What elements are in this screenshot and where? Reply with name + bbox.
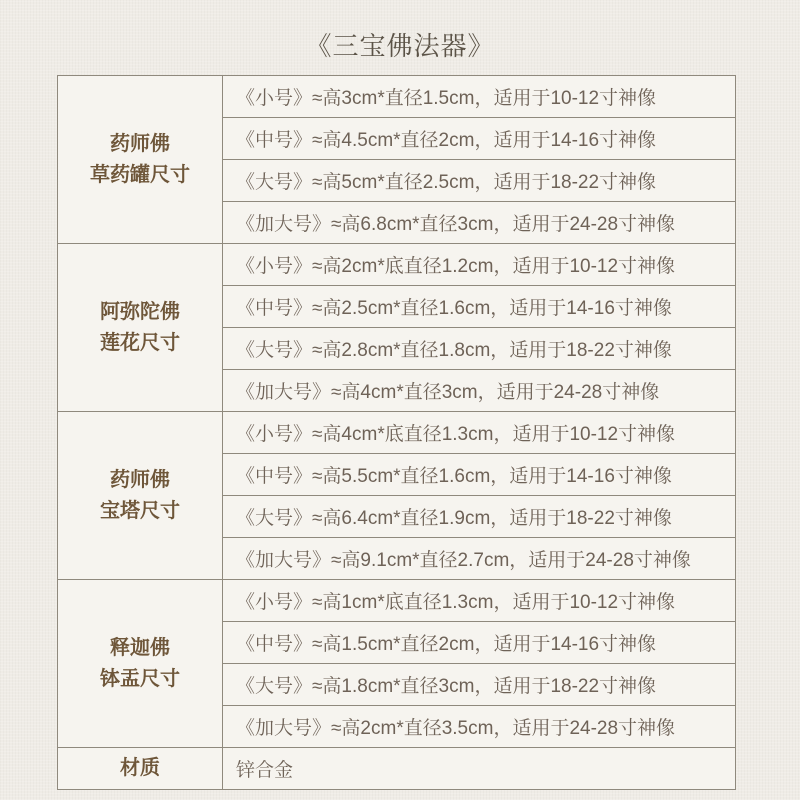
size-cell: 《大号》≈高1.8cm*直径3cm，适用于18-22寸神像	[223, 664, 736, 706]
size-cell: 《加大号》≈高9.1cm*直径2.7cm，适用于24-28寸神像	[223, 538, 736, 580]
category-line: 药师佛	[59, 465, 221, 496]
category-line: 莲花尺寸	[59, 328, 221, 359]
category-line: 宝塔尺寸	[59, 496, 221, 527]
category-cell-alms-bowl: 释迦佛 钵盂尺寸	[58, 580, 223, 748]
size-cell: 《大号》≈高5cm*直径2.5cm，适用于18-22寸神像	[223, 160, 736, 202]
size-cell: 《中号》≈高1.5cm*直径2cm，适用于14-16寸神像	[223, 622, 736, 664]
table-row: 阿弥陀佛 莲花尺寸 《小号》≈高2cm*底直径1.2cm，适用于10-12寸神像	[58, 244, 736, 286]
table-row: 材质 锌合金	[58, 748, 736, 790]
size-cell: 《加大号》≈高4cm*直径3cm，适用于24-28寸神像	[223, 370, 736, 412]
spec-table: 药师佛 草药罐尺寸 《小号》≈高3cm*直径1.5cm，适用于10-12寸神像 …	[57, 75, 736, 790]
size-cell: 《中号》≈高2.5cm*直径1.6cm，适用于14-16寸神像	[223, 286, 736, 328]
category-cell-lotus: 阿弥陀佛 莲花尺寸	[58, 244, 223, 412]
category-line: 阿弥陀佛	[59, 297, 221, 328]
size-cell: 《小号》≈高4cm*底直径1.3cm，适用于10-12寸神像	[223, 412, 736, 454]
category-line: 草药罐尺寸	[59, 160, 221, 191]
material-label-cell: 材质	[58, 748, 223, 790]
size-cell: 《大号》≈高6.4cm*直径1.9cm，适用于18-22寸神像	[223, 496, 736, 538]
size-cell: 《小号》≈高1cm*底直径1.3cm，适用于10-12寸神像	[223, 580, 736, 622]
size-cell: 《加大号》≈高6.8cm*直径3cm，适用于24-28寸神像	[223, 202, 736, 244]
table-row: 药师佛 宝塔尺寸 《小号》≈高4cm*底直径1.3cm，适用于10-12寸神像	[58, 412, 736, 454]
category-line: 钵盂尺寸	[59, 664, 221, 695]
table-row: 药师佛 草药罐尺寸 《小号》≈高3cm*直径1.5cm，适用于10-12寸神像	[58, 76, 736, 118]
size-cell: 《大号》≈高2.8cm*直径1.8cm，适用于18-22寸神像	[223, 328, 736, 370]
size-cell: 《小号》≈高3cm*直径1.5cm，适用于10-12寸神像	[223, 76, 736, 118]
category-line: 药师佛	[59, 129, 221, 160]
category-cell-herb-jar: 药师佛 草药罐尺寸	[58, 76, 223, 244]
size-cell: 《加大号》≈高2cm*直径3.5cm，适用于24-28寸神像	[223, 706, 736, 748]
size-cell: 《中号》≈高4.5cm*直径2cm，适用于14-16寸神像	[223, 118, 736, 160]
page-title: 《三宝佛法器》	[0, 26, 800, 63]
material-value-cell: 锌合金	[223, 748, 736, 790]
size-cell: 《小号》≈高2cm*底直径1.2cm，适用于10-12寸神像	[223, 244, 736, 286]
table-row: 释迦佛 钵盂尺寸 《小号》≈高1cm*底直径1.3cm，适用于10-12寸神像	[58, 580, 736, 622]
category-line: 释迦佛	[59, 633, 221, 664]
size-cell: 《中号》≈高5.5cm*直径1.6cm，适用于14-16寸神像	[223, 454, 736, 496]
category-cell-pagoda: 药师佛 宝塔尺寸	[58, 412, 223, 580]
